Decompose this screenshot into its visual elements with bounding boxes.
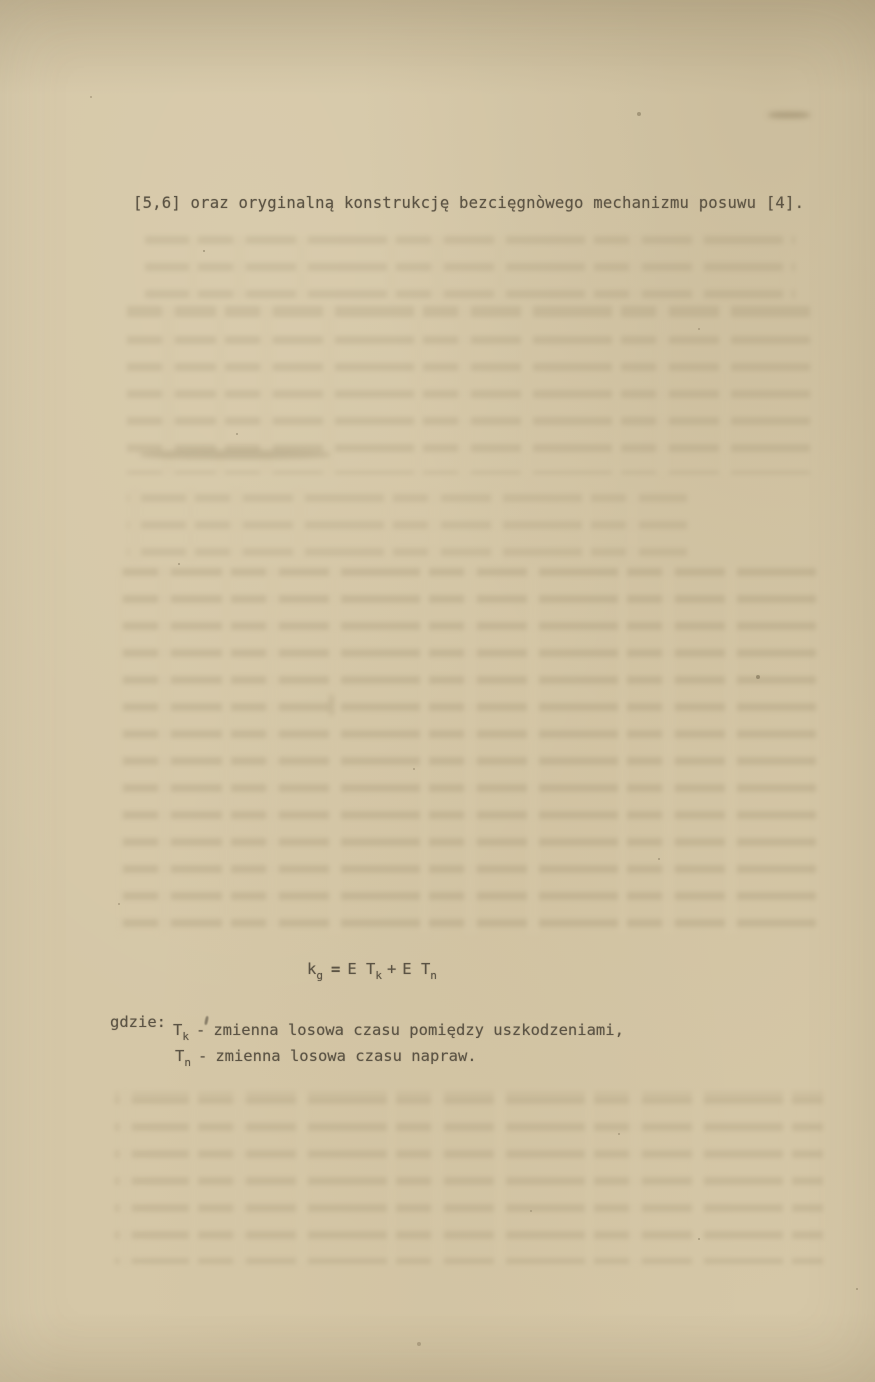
definition-text: zmienna losowa czasu pomiędzy uszkodzeni… — [213, 1021, 624, 1039]
definition-text: zmienna losowa czasu napraw. — [215, 1047, 476, 1065]
ink-smudge — [768, 112, 810, 118]
formula-term1: E Tk — [347, 960, 382, 978]
symbol-tn: Tn — [175, 1047, 191, 1065]
dash-separator: - — [198, 1047, 207, 1065]
ink-smudge — [330, 694, 333, 716]
equals-sign: = — [331, 960, 340, 978]
plus-sign: + — [387, 960, 396, 978]
formula-kg: kg=E Tk+E Tn — [307, 960, 437, 982]
paper-specks — [0, 0, 2, 2]
ghost-text-band — [145, 236, 795, 300]
definition-line-tn: Tn-zmienna losowa czasu napraw. — [175, 1047, 477, 1069]
ghost-text-band — [118, 566, 820, 934]
scanned-document-page: [5,6] oraz oryginalną konstrukcję bezcię… — [0, 0, 875, 1382]
symbol-tk: Tk — [173, 1021, 189, 1039]
dash-separator: - — [196, 1021, 205, 1039]
ghost-text-band — [127, 488, 687, 562]
body-text-line: [5,6] oraz oryginalną konstrukcję bezcię… — [133, 194, 804, 212]
subscript-k: k — [375, 969, 382, 982]
formula-lhs: kg — [307, 960, 323, 978]
definition-line-tk: Tk-zmienna losowa czasu pomiędzy uszkodz… — [173, 1021, 624, 1043]
ghost-text-band — [127, 306, 819, 474]
where-label: gdzie: — [110, 1013, 166, 1031]
subscript-g: g — [316, 969, 323, 982]
ghost-text-band — [115, 1092, 823, 1264]
ink-smudge — [140, 450, 330, 459]
formula-term2: E Tn — [402, 960, 437, 978]
subscript-n: n — [430, 969, 437, 982]
